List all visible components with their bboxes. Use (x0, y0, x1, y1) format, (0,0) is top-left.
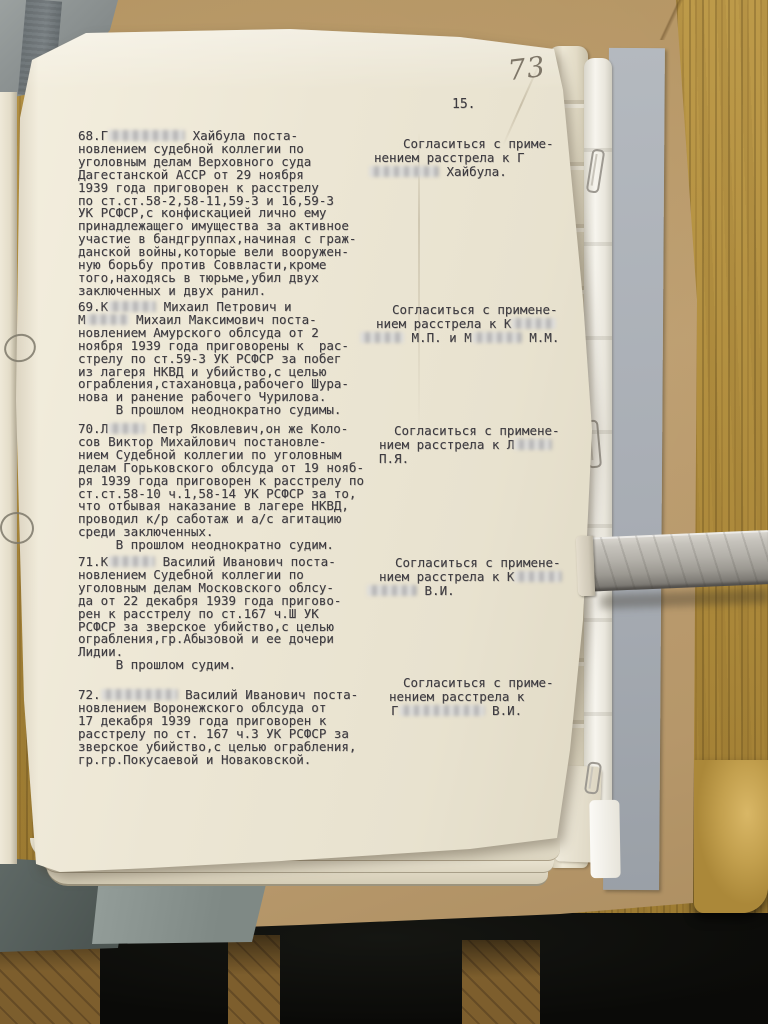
redaction-blur (514, 571, 562, 582)
redaction-blur (511, 318, 556, 329)
photo-scene: { "scene": { "colors": { "paper": "#e9e3… (0, 0, 768, 1024)
redaction-blur (360, 332, 404, 343)
redaction-blur (86, 314, 129, 325)
text-line: заключенных и двух ранил. (78, 285, 356, 298)
entry-70-resolution: Согласиться с примене-нием расстрела к Л… (379, 424, 560, 466)
clamp-bar-texture (579, 530, 768, 592)
text-line: Согласиться с примене- (392, 303, 559, 317)
document-page: 73 15. 68.Г Хайбула поста-новлением суде… (0, 0, 768, 1024)
clamp-bar-end-cap (576, 536, 595, 597)
text-line: П.Я. (379, 452, 560, 466)
entry-72-text: 72. Василий Иванович поста-новлением Вор… (78, 689, 358, 766)
text-line: нием расстрела к Л (379, 438, 560, 452)
page-paper: 73 15. 68.Г Хайбула поста-новлением суде… (0, 0, 768, 1024)
text-line: В прошлом неоднократно судим. (78, 539, 364, 552)
redaction-blur (399, 705, 485, 716)
redaction-blur (369, 166, 439, 177)
entry-72-resolution: Согласиться с приме-нением расстрела кГ … (389, 676, 554, 718)
entry-70-text: 70.Л Петр Яковлевич,он же Коло-сов Викто… (78, 423, 364, 552)
entry-69-resolution: Согласиться с примене-нием расстрела к К… (376, 303, 559, 345)
text-line: В.И. (367, 584, 562, 598)
text-line: Согласиться с приме- (403, 676, 554, 690)
entry-69-text: 69.К Михаил Петрович иМ Михаил Максимови… (78, 301, 349, 417)
text-line: нением расстрела к (389, 690, 554, 704)
redaction-blur (108, 556, 155, 567)
text-line: В прошлом судим. (78, 659, 341, 672)
redaction-blur (472, 332, 522, 343)
redaction-blur (514, 439, 552, 450)
redaction-blur (108, 423, 145, 434)
text-line: нием расстрела к К (379, 570, 562, 584)
text-line: Согласиться с примене- (395, 556, 562, 570)
entry-68-text: 68.Г Хайбула поста-новлением судебной ко… (78, 130, 356, 298)
text-line: нением расстрела к Г (374, 151, 554, 165)
redaction-blur (108, 130, 185, 141)
text-line: нием расстрела к К (376, 317, 559, 331)
metal-clamp-bar (579, 530, 768, 592)
text-line: гр.гр.Покусаевой и Новаковской. (78, 754, 358, 767)
text-line: Согласиться с примене- (394, 424, 560, 438)
entry-71-text: 71.К Василий Иванович поста-новлением Су… (78, 556, 341, 672)
page-number: 15. (452, 97, 475, 112)
redaction-blur (101, 689, 178, 700)
entry-71-resolution: Согласиться с примене-нием расстрела к К… (379, 556, 562, 598)
text-line: М.П. и М М.М. (360, 331, 559, 345)
text-line: Г В.И. (391, 704, 554, 718)
text-line: Согласиться с приме- (403, 137, 554, 151)
text-line: Хайбула. (369, 165, 554, 179)
redaction-blur (108, 301, 156, 312)
typewritten-text-layer: 73 15. 68.Г Хайбула поста-новлением суде… (0, 0, 768, 1024)
handwritten-folio-number: 73 (506, 50, 547, 87)
redaction-blur (367, 585, 417, 596)
text-line: В прошлом неоднократно судимы. (78, 404, 349, 417)
entry-68-resolution: Согласиться с приме-нением расстрела к Г… (374, 137, 554, 179)
